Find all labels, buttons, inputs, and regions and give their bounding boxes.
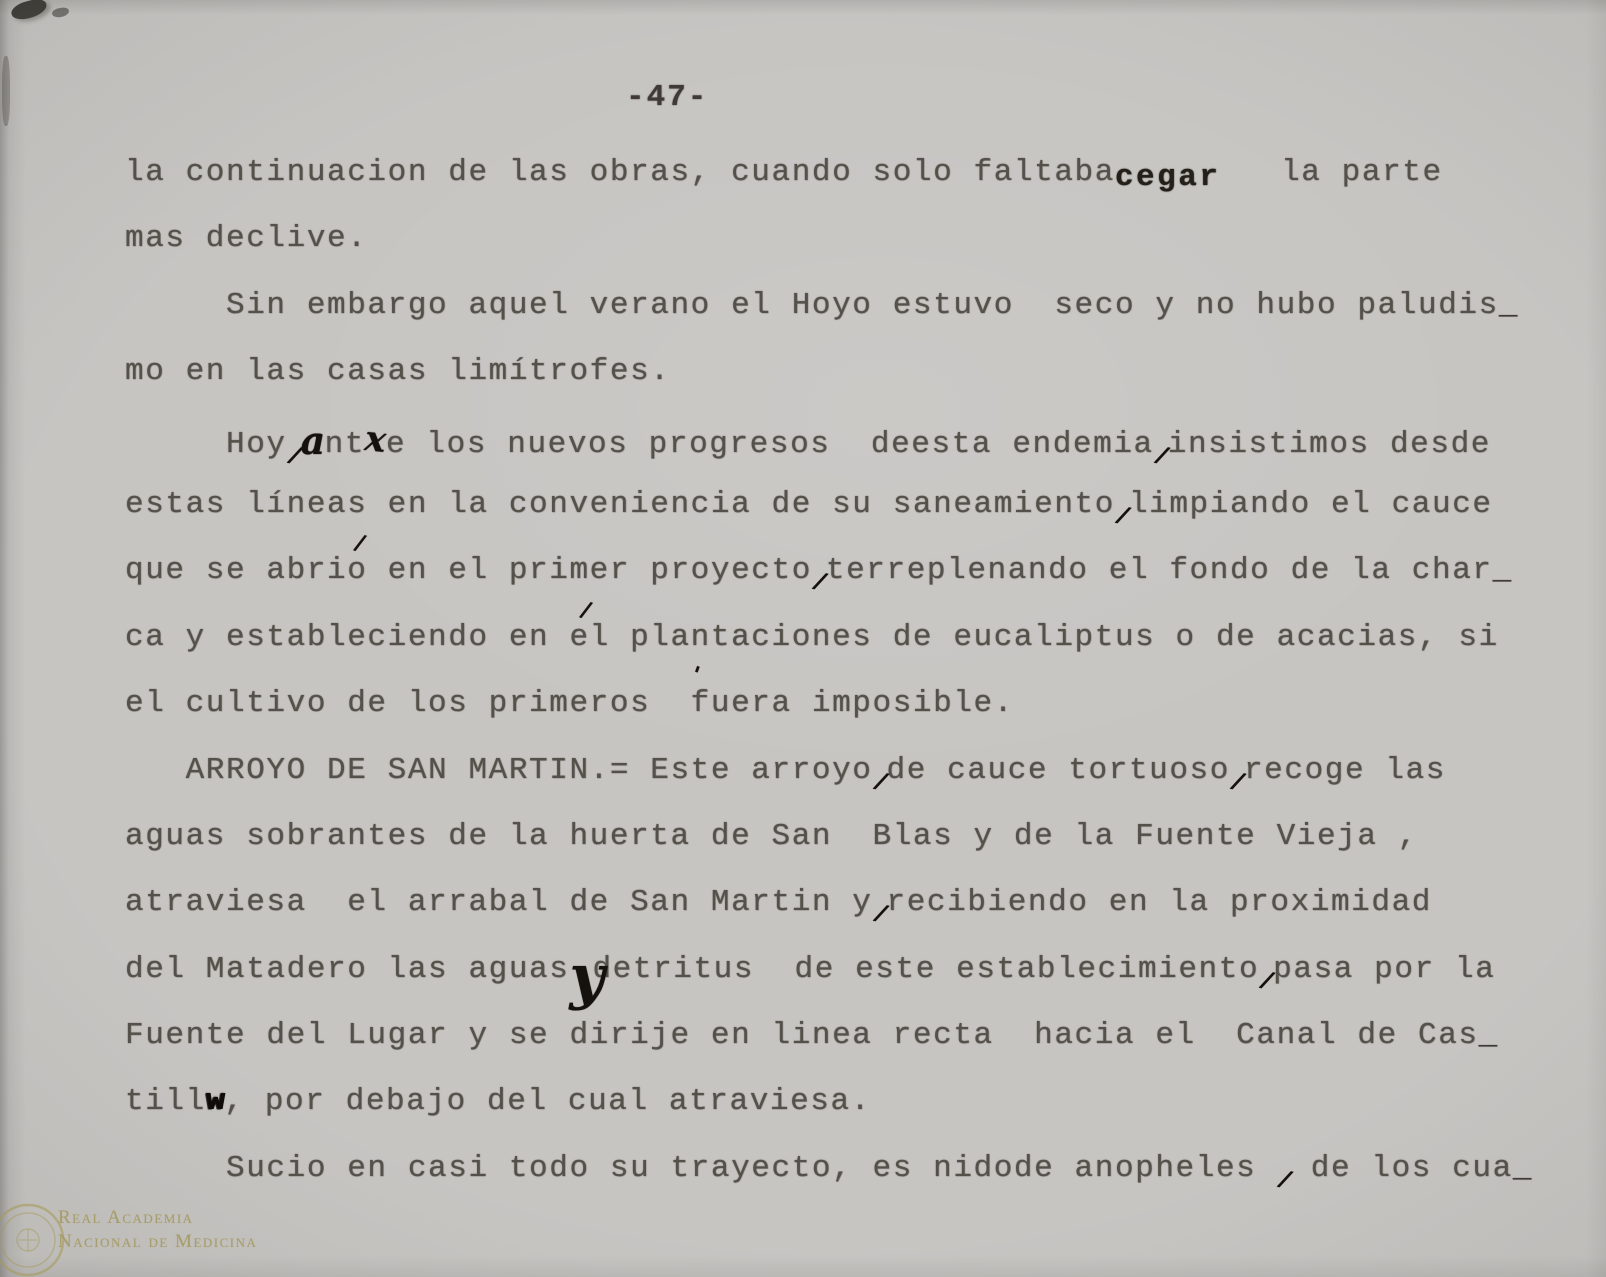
text-line: estas líneas en la conveniencia de su sa… [125,472,1595,538]
scan-page: -47- la continuacion de las obras, cuand… [0,0,1606,1277]
text-line: ARROYO DE SAN MARTIN.= Este arroyo/de ca… [125,738,1595,804]
text-line: mas declive. [125,206,1595,272]
inserted-word: cegar [1115,145,1221,211]
low-dash: _ [1493,553,1513,588]
typed-text: de los cua [1291,1151,1513,1186]
typed-text: nt [325,427,365,462]
scan-artifact [2,56,10,126]
typed-text: Sucio en casi todo su trayecto, es nidod… [125,1151,1277,1186]
typed-text: till [125,1084,206,1119]
document-text: la continuacion de las obras, cuando sol… [125,140,1595,1202]
typed-text: del Matadero las aguas [125,952,569,987]
typed-text: la continuacion de las obras, cuando sol… [125,155,1115,190]
typed-text: mas declive. [125,221,367,256]
typed-text: Sin embargo aquel verano el Hoyo estuvo … [125,288,1499,323]
typed-text: de cauce tortuoso [887,753,1230,788]
typed-text: recibiendo en la proximidad [887,885,1432,920]
text-line: atraviesa el arrabal de San Martin y/rec… [125,870,1595,936]
text-line: mo en las casas limítrofes. [125,339,1595,405]
text-line: Sin embargo aquel verano el Hoyo estuvo … [125,273,1595,339]
typed-text: Fuente del Lugar y se dirije en linea re… [125,1018,1479,1053]
overstruck-letter: w [206,1084,225,1119]
typed-text: el cultivo de los primeros fuera imposib… [125,686,1014,721]
watermark-line1: Real Academia [58,1206,257,1230]
low-dash: _ [1499,288,1519,323]
typed-text: estas líneas en la conveniencia de su sa… [125,487,1115,522]
typed-text: pasa por la [1273,952,1495,987]
typed-text: terreplenando el fondo de la char [826,553,1493,588]
hand-strike-mark: x [362,406,390,474]
text-line: aguas sobrantes de la huerta de San Blas… [125,804,1595,870]
typed-text: , por debajo del cual atraviesa. [224,1084,871,1119]
typed-text: Hoy [125,427,287,462]
typed-text: e los nuevos progresos deesta endemia [386,427,1154,462]
typed-text: aguas sobrantes de la huerta de San Blas… [125,819,1418,854]
hand-letter-mark: a [301,408,325,474]
scan-artifact [51,7,69,18]
text-line: ca y estableciendo en el plantaciones de… [125,605,1595,671]
typed-text: ARROYO DE SAN MARTIN.= Este arroyo [125,753,873,788]
text-line: Fuente del Lugar y se dirije en linea re… [125,1003,1595,1069]
text-line: Hoy/antxe los nuevos progresos deesta en… [125,406,1595,472]
low-dash: _ [1513,1151,1533,1186]
typed-text: la parte [1220,155,1442,190]
typed-text: recoge las [1244,753,1446,788]
watermark-line2: Nacional de Medicina [58,1230,257,1254]
typed-text: que se abrio en el primer proyecto [125,553,812,588]
text-line: tillw, por debajo del cual atraviesa. [125,1069,1595,1135]
watermark: Real Academia Nacional de Medicina [0,1192,420,1277]
typed-text: ca y estableciendo en el plantaciones de… [125,620,1499,655]
text-line: que se abrio en el primer proyecto/terre… [125,538,1595,604]
low-dash: _ [1479,1018,1499,1053]
text-line: del Matadero las aguasydetritus de este … [125,937,1595,1003]
typed-text: limpiando el cauce [1129,487,1493,522]
typed-text: mo en las casas limítrofes. [125,354,670,389]
typed-text: atraviesa el arrabal de San Martin y [125,885,873,920]
scan-artifact [9,0,48,22]
typed-text: insistimos desde [1168,427,1491,462]
text-line: el cultivo de los primeros fuera imposib… [125,671,1595,737]
typed-text: detritus de este establecimiento [592,952,1259,987]
text-line: la continuacion de las obras, cuando sol… [125,140,1595,206]
page-number: -47- [626,80,708,115]
